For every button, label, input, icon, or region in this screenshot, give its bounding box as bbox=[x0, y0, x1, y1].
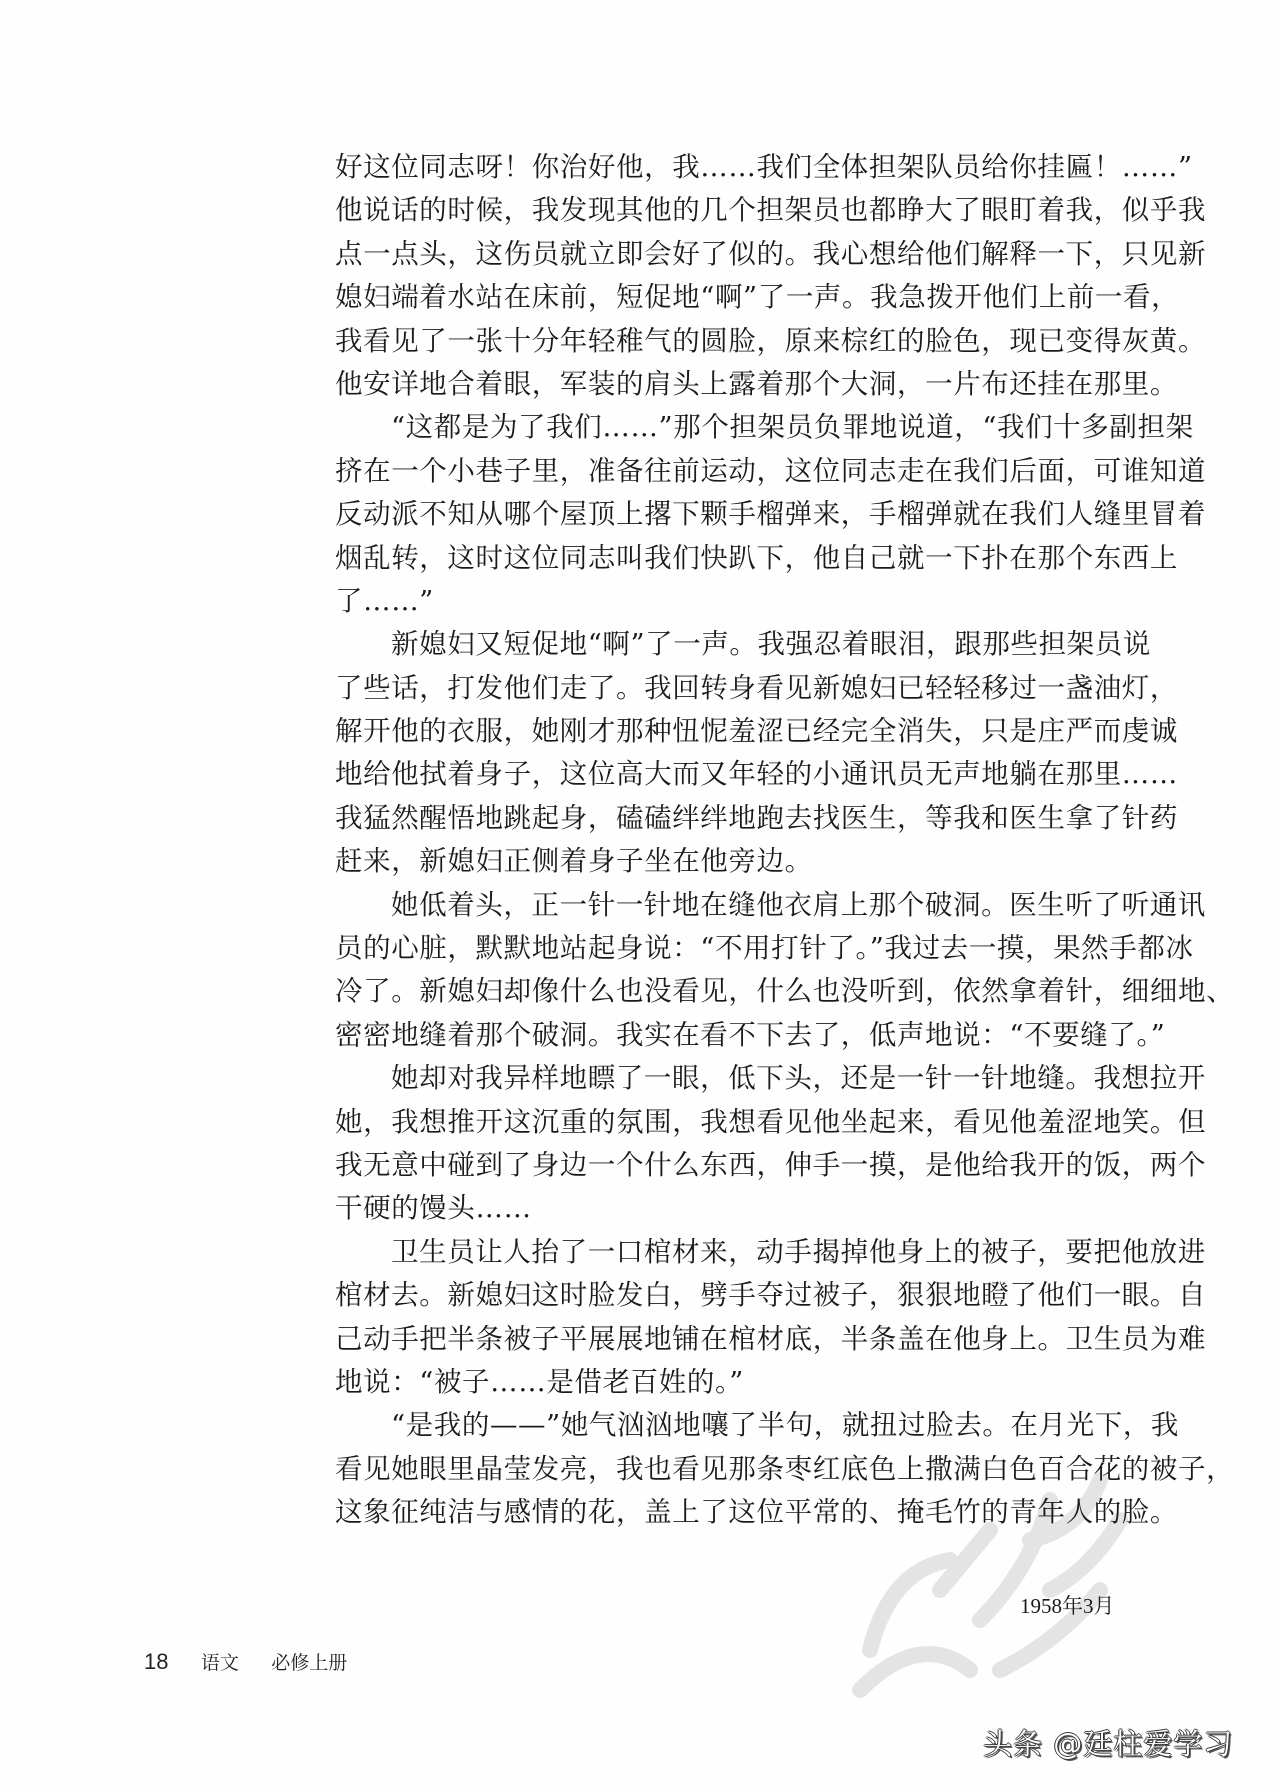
paragraph-start-line: 她低着头，正一针一针地在缝他衣肩上那个破洞。医生听了听通讯 bbox=[335, 884, 1125, 927]
page-footer: 18 语文 必修上册 bbox=[144, 1648, 347, 1675]
text-line: 看见她眼里晶莹发亮，我也看见那条枣红底色上撒满白色百合花的被子， bbox=[335, 1448, 1125, 1491]
text-line: 他安详地合着眼，军装的肩头上露着那个大洞，一片布还挂在那里。 bbox=[335, 363, 1125, 406]
textbook-page: 好这位同志呀！你治好他，我……我们全体担架队员给你挂匾！……” 他说话的时候，我… bbox=[0, 0, 1277, 1790]
publication-date: 1958年3月 bbox=[1020, 1590, 1115, 1620]
text-line: 这象征纯洁与感情的花，盖上了这位平常的、掩毛竹的青年人的脸。 bbox=[335, 1491, 1125, 1534]
text-line: 地给他拭着身子，这位高大而又年轻的小通讯员无声地躺在那里…… bbox=[335, 753, 1125, 796]
paragraph-start-line: “这都是为了我们……”那个担架员负罪地说道，“我们十多副担架 bbox=[335, 406, 1125, 449]
text-line: 我无意中碰到了身边一个什么东西，伸手一摸，是他给我开的饭，两个 bbox=[335, 1144, 1125, 1187]
text-line: 解开他的衣服，她刚才那种忸怩羞涩已经完全消失，只是庄严而虔诚 bbox=[335, 710, 1125, 753]
text-line: 干硬的馒头…… bbox=[335, 1187, 1125, 1230]
text-line: 了些话，打发他们走了。我回转身看见新媳妇已轻轻移过一盏油灯， bbox=[335, 667, 1125, 710]
text-line: 冷了。新媳妇却像什么也没看见，什么也没听到，依然拿着针，细细地、 bbox=[335, 970, 1125, 1013]
text-line: 了……” bbox=[335, 580, 1125, 623]
text-line: 员的心脏，默默地站起身说：“不用打针了。”我过去一摸，果然手都冰 bbox=[335, 927, 1125, 970]
text-line: 己动手把半条被子平展展地铺在棺材底，半条盖在他身上。卫生员为难 bbox=[335, 1318, 1125, 1361]
paragraph-start-line: 她却对我异样地瞟了一眼，低下头，还是一针一针地缝。我想拉开 bbox=[335, 1057, 1125, 1100]
text-line: 媳妇端着水站在床前，短促地“啊”了一声。我急拨开他们上前一看， bbox=[335, 276, 1125, 319]
text-line: 地说：“被子……是借老百姓的。” bbox=[335, 1361, 1125, 1404]
text-line: 反动派不知从哪个屋顶上撂下颗手榴弹来，手榴弹就在我们人缝里冒着 bbox=[335, 493, 1125, 536]
text-line: 我猛然醒悟地跳起身，磕磕绊绊地跑去找医生，等我和医生拿了针药 bbox=[335, 797, 1125, 840]
story-text: 好这位同志呀！你治好他，我……我们全体担架队员给你挂匾！……” 他说话的时候，我… bbox=[335, 146, 1125, 1535]
source-attribution: 头条 @廷柱爱学习 bbox=[983, 1722, 1233, 1763]
text-line: 棺材去。新媳妇这时脸发白，劈手夺过被子，狠狠地瞪了他们一眼。自 bbox=[335, 1274, 1125, 1317]
text-line: 她，我想推开这沉重的氛围，我想看见他坐起来，看见他羞涩地笑。但 bbox=[335, 1101, 1125, 1144]
text-line: 挤在一个小巷子里，准备往前运动，这位同志走在我们后面，可谁知道 bbox=[335, 450, 1125, 493]
text-line: 我看见了一张十分年轻稚气的圆脸，原来棕红的脸色，现已变得灰黄。 bbox=[335, 320, 1125, 363]
text-line: 烟乱转，这时这位同志叫我们快趴下，他自己就一下扑在那个东西上 bbox=[335, 537, 1125, 580]
paragraph-start-line: “是我的——”她气汹汹地嚷了半句，就扭过脸去。在月光下，我 bbox=[335, 1404, 1125, 1447]
paragraph-start-line: 卫生员让人抬了一口棺材来，动手揭掉他身上的被子，要把他放进 bbox=[335, 1231, 1125, 1274]
paragraph-start-line: 新媳妇又短促地“啊”了一声。我强忍着眼泪，跟那些担架员说 bbox=[335, 623, 1125, 666]
text-line: 点一点头，这伤员就立即会好了似的。我心想给他们解释一下，只见新 bbox=[335, 233, 1125, 276]
page-number: 18 bbox=[144, 1649, 168, 1674]
text-line: 密密地缝着那个破洞。我实在看不下去了，低声地说：“不要缝了。” bbox=[335, 1014, 1125, 1057]
book-subject: 语文 bbox=[201, 1652, 239, 1674]
book-volume: 必修上册 bbox=[271, 1652, 347, 1674]
text-line: 好这位同志呀！你治好他，我……我们全体担架队员给你挂匾！……” bbox=[335, 146, 1125, 189]
text-line: 赶来，新媳妇正侧着身子坐在他旁边。 bbox=[335, 840, 1125, 883]
text-line: 他说话的时候，我发现其他的几个担架员也都睁大了眼盯着我，似乎我 bbox=[335, 189, 1125, 232]
